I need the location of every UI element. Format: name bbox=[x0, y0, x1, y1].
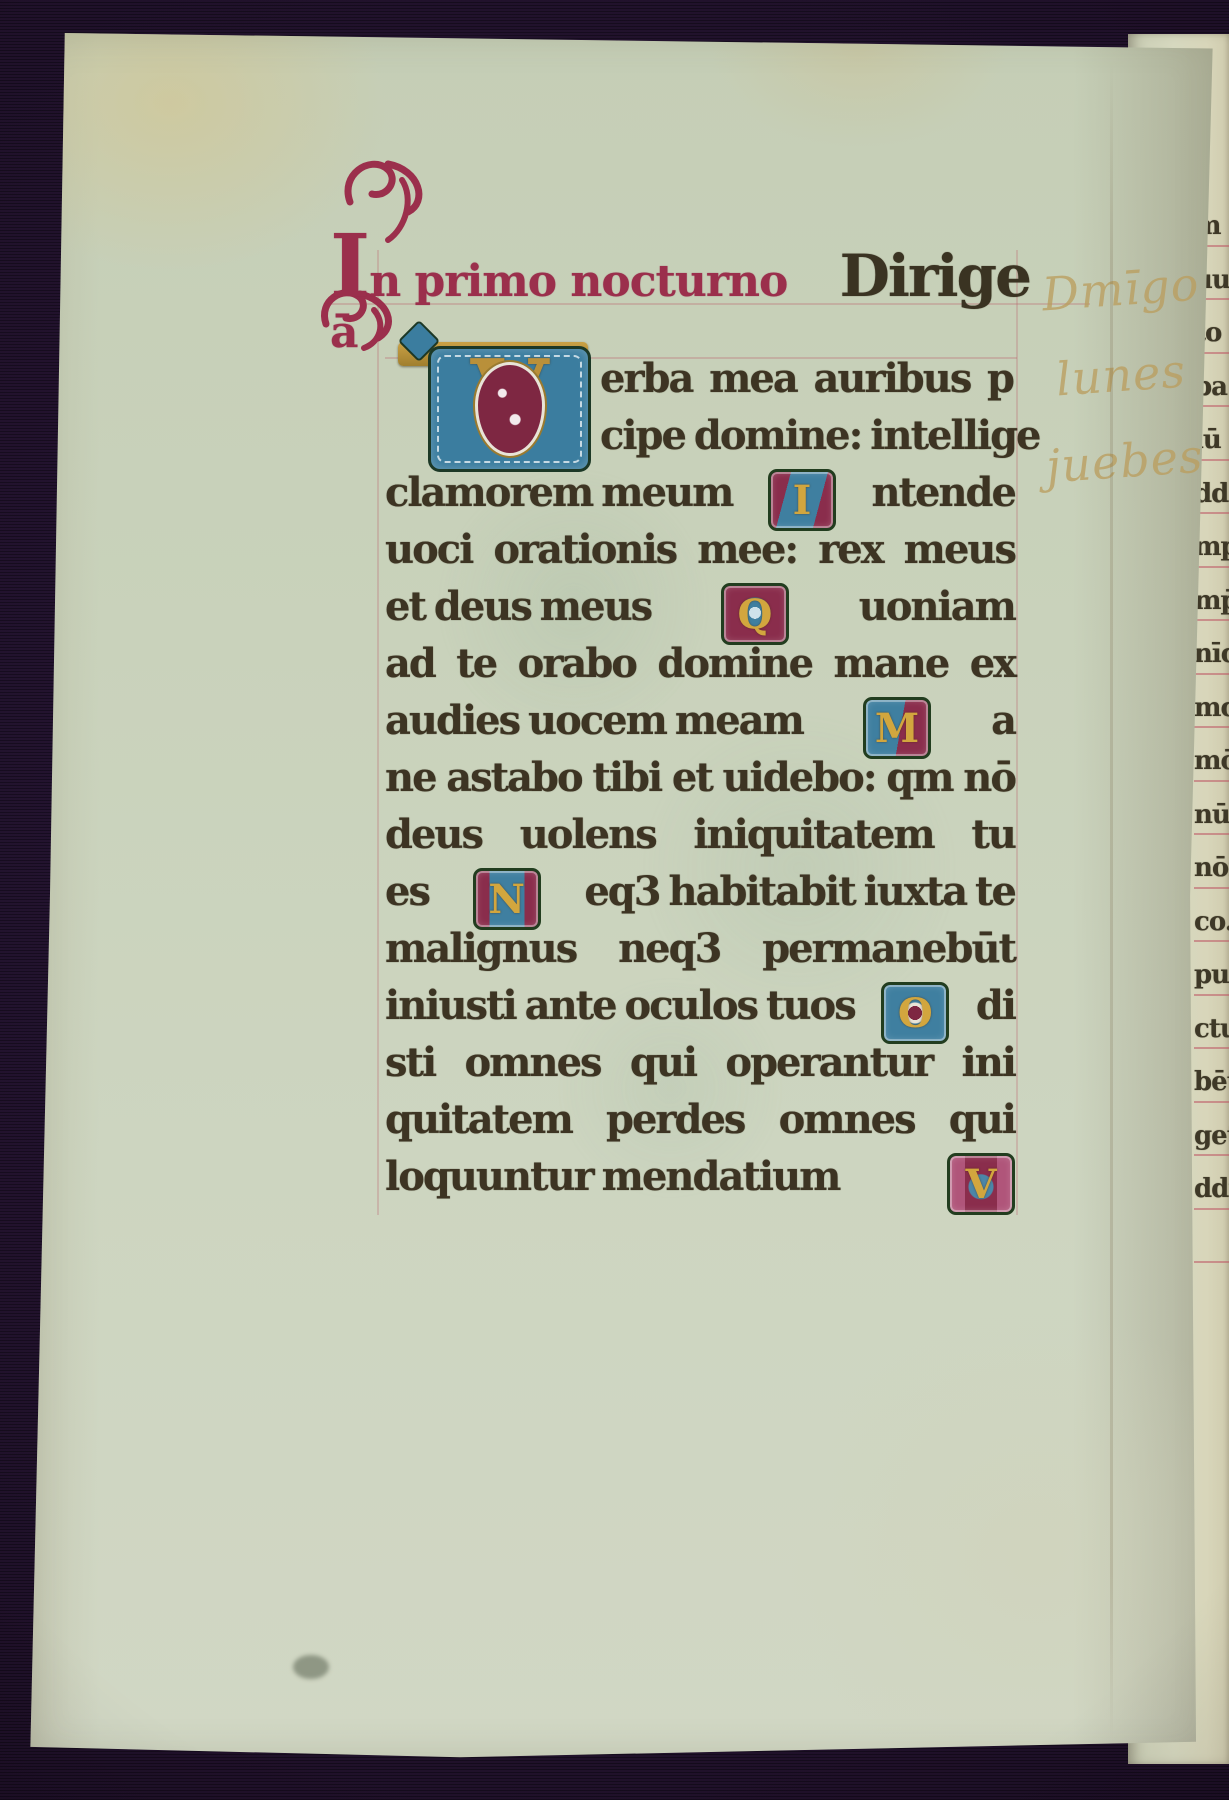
fragment-text: getaūt bbox=[1194, 1121, 1229, 1151]
text-run: sti omnes qui operantur ini bbox=[385, 1039, 1015, 1086]
text-run: malignus neq3 permanebūt bbox=[385, 925, 1015, 972]
fragment-text: co.co bbox=[1194, 907, 1229, 937]
fore-edge-fragment: nīch bbox=[1194, 626, 1229, 680]
text-run: clamorem meum bbox=[385, 469, 732, 516]
illuminated-initial-I: I bbox=[768, 469, 836, 531]
fragment-text: ddūt s bbox=[1194, 1174, 1229, 1204]
fragment-text: mp̄ bbox=[1194, 586, 1229, 616]
fore-edge-fragment: mp̄ bbox=[1194, 573, 1229, 627]
margin-note: juebes bbox=[1044, 429, 1205, 494]
illuminated-initial-N: N bbox=[473, 868, 541, 930]
manuscript-line: ad te orabo domine mane ex bbox=[385, 640, 1015, 694]
illuminated-initial-M: M bbox=[863, 697, 931, 759]
margin-note: lunes bbox=[1054, 344, 1187, 407]
left-margin-rule bbox=[377, 250, 379, 1215]
fore-edge-fragment: nōn c bbox=[1194, 840, 1229, 894]
manuscript-line: deus uolens iniquitatem tu bbox=[385, 811, 1015, 865]
fragment-text: bētū bbox=[1194, 1067, 1229, 1097]
text-run: a bbox=[991, 697, 1015, 744]
manuscript-line: iniusti ante oculos tuosOdi bbox=[385, 982, 1015, 1036]
fore-edge-fragment: ddūt s bbox=[1194, 1161, 1229, 1215]
right-margin-rule bbox=[1016, 250, 1018, 1215]
manuscript-line: ne astabo tibi et uidebo: qm nō bbox=[385, 754, 1015, 808]
fore-edge-fragment: mcū bbox=[1194, 680, 1229, 734]
illuminated-initial-Q: Q bbox=[721, 583, 789, 645]
fragment-text: nōn c bbox=[1194, 853, 1229, 883]
antiphon-incipit: Dirige bbox=[840, 242, 1030, 310]
text-run: iniusti ante oculos tuos bbox=[385, 982, 855, 1029]
text-run: uoci orationis mee: rex meus bbox=[385, 526, 1015, 573]
fore-edge-fragment: getaūt bbox=[1194, 1108, 1229, 1162]
manuscript-line: uoci orationis mee: rex meus bbox=[385, 526, 1015, 580]
text-run: et deus meus bbox=[385, 583, 651, 630]
fore-edge-fragment: ctum bbox=[1194, 1001, 1229, 1055]
text-run: quitatem perdes omnes qui bbox=[385, 1096, 1015, 1143]
parchment-crease bbox=[1110, 60, 1113, 1740]
illuminated-initial-V: V bbox=[947, 1153, 1015, 1215]
illuminated-initial-V: V bbox=[428, 346, 591, 472]
manuscript-line: et deus meusQuoniam bbox=[385, 583, 1015, 637]
fragment-text: nūch bbox=[1194, 800, 1229, 830]
fore-edge-fragment: pulch bbox=[1194, 947, 1229, 1001]
fragment-text: pulch bbox=[1194, 960, 1229, 990]
text-run: eq3 habitabit iuxta te bbox=[584, 868, 1015, 915]
text-run: ntende bbox=[871, 469, 1015, 516]
text-run: ne astabo tibi et uidebo: qm nō bbox=[385, 754, 1015, 801]
text-run: deus uolens iniquitatem tu bbox=[385, 811, 1015, 858]
text-run: ad te orabo domine mane ex bbox=[385, 640, 1015, 687]
text-run: di bbox=[976, 982, 1015, 1029]
fore-edge-fragment: bētū bbox=[1194, 1054, 1229, 1108]
illuminated-initial-O: O bbox=[881, 982, 949, 1044]
fragment-text: nīch bbox=[1194, 639, 1229, 669]
ink-smudge bbox=[293, 1655, 329, 1679]
fore-edge-fragment: mōd bbox=[1194, 733, 1229, 787]
text-run: uoniam bbox=[859, 583, 1015, 630]
text-run: loquuntur mendatium bbox=[385, 1153, 839, 1200]
manuscript-line: cipe domine: intellige bbox=[600, 412, 1013, 466]
fore-edge-fragment: co.co bbox=[1194, 894, 1229, 948]
manuscript-line: erba mea auribus p bbox=[600, 355, 1013, 409]
text-run: audies uocem meam bbox=[385, 697, 803, 744]
manuscript-line: esNeq3 habitabit iuxta te bbox=[385, 868, 1015, 922]
text-run: es bbox=[385, 868, 429, 915]
fore-edge-fragment: nūch bbox=[1194, 787, 1229, 841]
fragment-text: mōd bbox=[1194, 746, 1229, 776]
manuscript-line: loquuntur mendatiumV bbox=[385, 1153, 1015, 1207]
fragment-text: ctum bbox=[1194, 1014, 1229, 1044]
margin-note: Dmīgo bbox=[1040, 257, 1201, 322]
manuscript-line: malignus neq3 permanebūt bbox=[385, 925, 1015, 979]
fragment-text: mcū bbox=[1194, 693, 1229, 723]
manuscript-line: quitatem perdes omnes qui bbox=[385, 1096, 1015, 1150]
fore-edge-fragment bbox=[1194, 1215, 1229, 1269]
manuscript-line: audies uocem meamMa bbox=[385, 697, 1015, 751]
text-run: erba mea auribus p bbox=[600, 355, 1013, 402]
manuscript-line: clamorem meumIntende bbox=[385, 469, 1015, 523]
text-run: cipe domine: intellige bbox=[600, 412, 1013, 459]
manuscript-line: sti omnes qui operantur ini bbox=[385, 1039, 1015, 1093]
